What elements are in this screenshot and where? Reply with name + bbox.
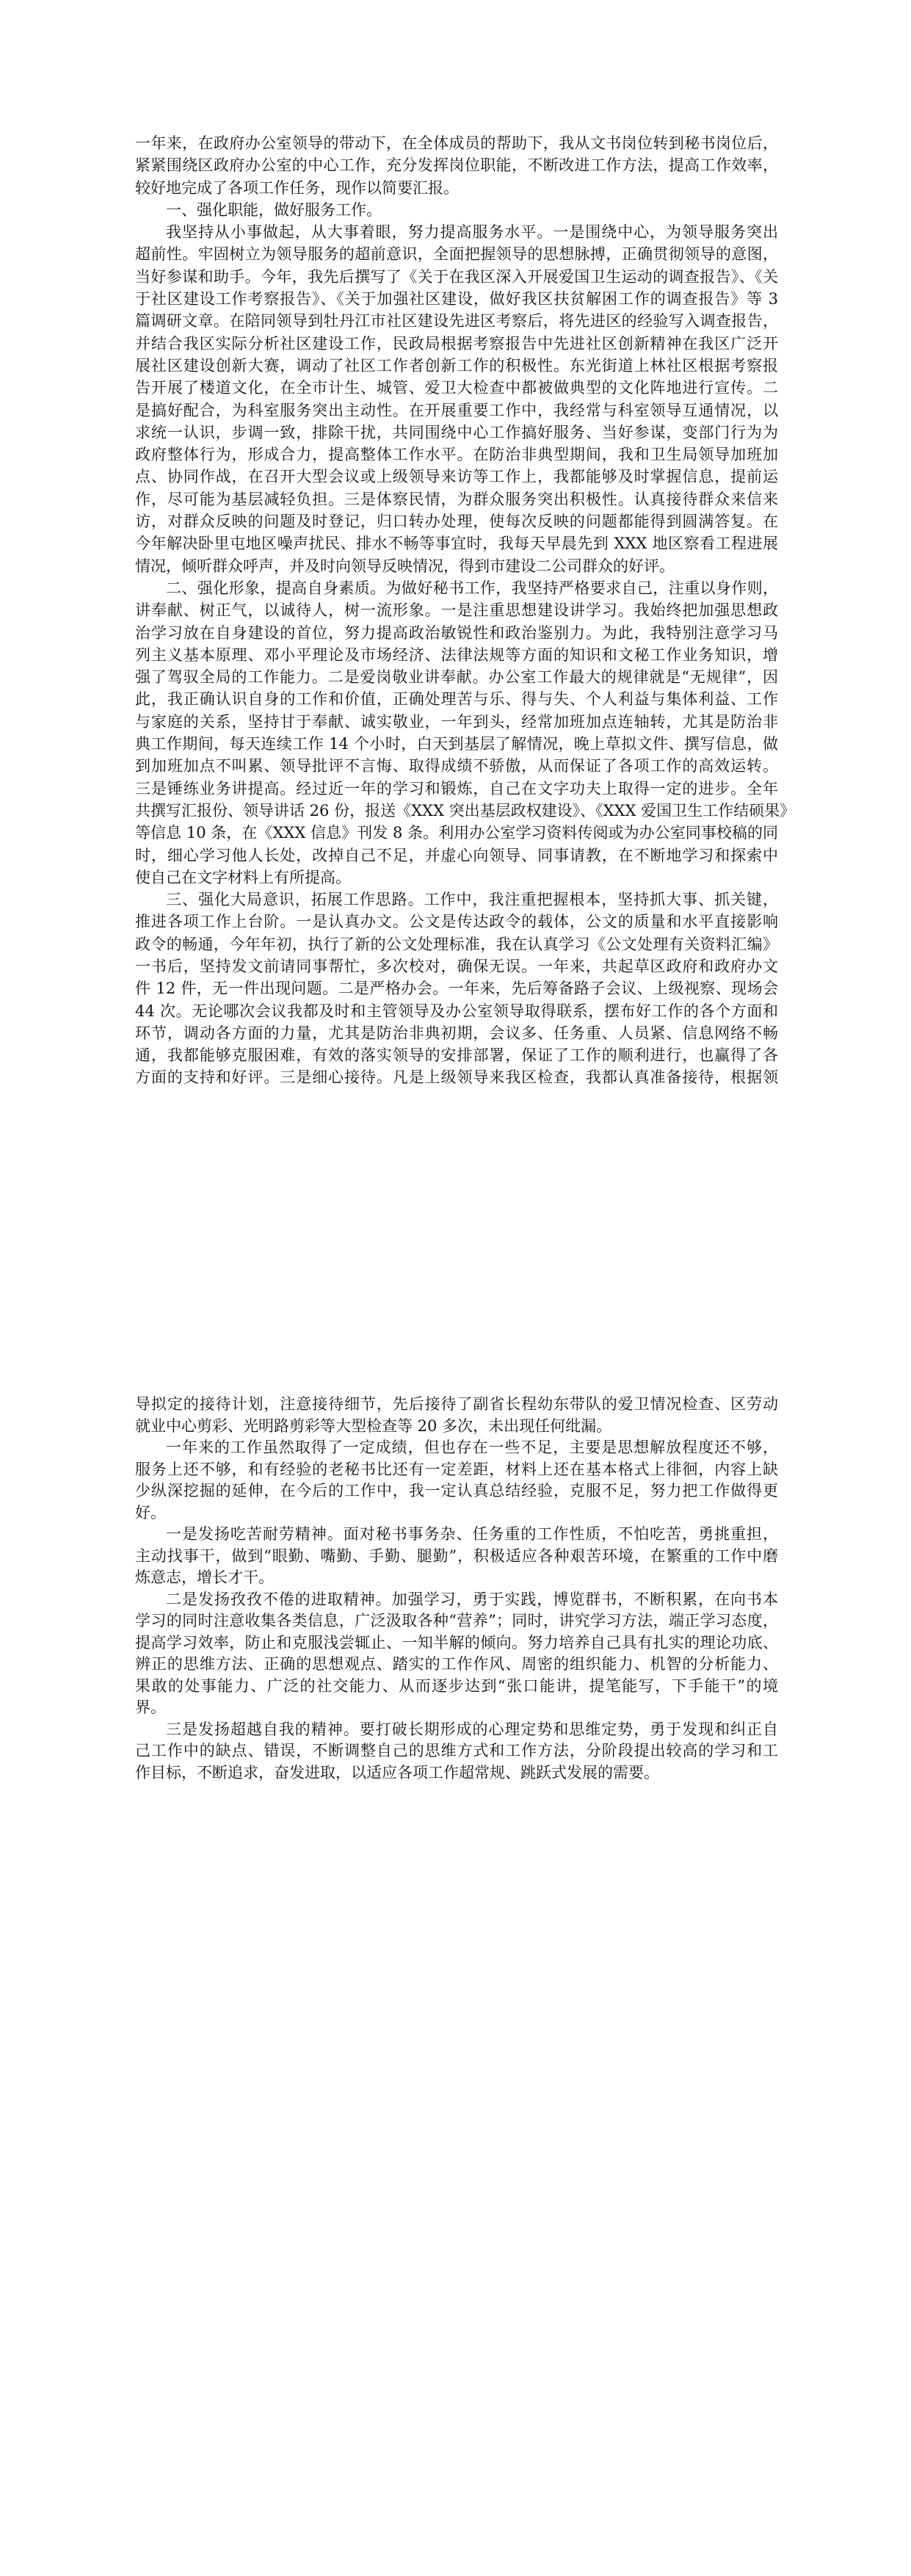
- text-line: 服务上还不够，和有经验的老秘书比还有一定差距，材料上还在基本格式上徘徊，内容上缺: [135, 1459, 778, 1481]
- paragraph-first-line: 我坚持从小事做起，从大事着眼，努力提高服务水平。一是围绕中心，为领导服务突出: [135, 221, 778, 243]
- text-line: 求统一认识，步调一致，排除干扰，共同围绕中心工作搞好服务、当好参谋，变部门行为为: [135, 422, 778, 444]
- paragraph-first-line: 三是发扬超越自我的精神。要打破长期形成的心理定势和思维定势，勇于发现和纠正自: [135, 1719, 778, 1741]
- text-line: 治学习放在自身建设的首位，努力提高政治敏锐性和政治鉴别力。为此，我特别注意学习马: [135, 622, 778, 644]
- document-page-2-body: 导拟定的接待计划，注意接待细节，先后接待了副省长程幼东带队的爱卫情况检查、区劳动…: [135, 1394, 778, 1784]
- text-line: 主动找事干，做到“眼勤、嘴勤、手勤、腿勤”，积极适应各种艰苦环境，在繁重的工作中…: [135, 1546, 778, 1568]
- text-line: 就业中心剪彩、光明路剪彩等大型检查等 20 多次，未出现任何纰漏。: [135, 1416, 778, 1438]
- text-line: 一书后，坚持发文前请同事帮忙，多次校对，确保无误。一年来，共起草区政府和政府办文: [135, 955, 778, 977]
- text-line: 篇调研文章。在陪同领导到牡丹江市社区建设先进区考察后，将先进区的经验写入调查报告…: [135, 310, 778, 332]
- text-line: 作，尽可能为基层减轻负担。三是体察民情，为群众服务突出积极性。认真接待群众来信来: [135, 488, 778, 510]
- text-line: 政令的畅通，今年年初，执行了新的公文处理标准，我在认真学习《公文处理有关资料汇编…: [135, 933, 778, 955]
- document-page-1-body: 一年来，在政府办公室领导的带动下，在全体成员的帮助下，我从文书岗位转到秘书岗位后…: [135, 132, 778, 1089]
- text-line: 辨正的思维方法、正确的思想观点、踏实的工作作风、周密的组织能力、机智的分析能力、: [135, 1654, 778, 1676]
- text-line: 列主义基本原理、邓小平理论及市场经济、法律法规等方面的知识和文秘工作业务知识，增: [135, 644, 778, 666]
- text-line: 通，我都能够克服困难，有效的落实领导的安排部署，保证了工作的顺利进行，也赢得了各: [135, 1044, 778, 1066]
- text-line: 紧紧围绕区政府办公室的中心工作，充分发挥岗位职能，不断改进工作方法，提高工作效率…: [135, 154, 778, 176]
- text-line: 己工作中的缺点、错误，不断调整自己的思维方式和工作方法，分阶段提出较高的学习和工: [135, 1740, 778, 1762]
- text-line: 典工作期间，每天连续工作 14 个小时，白天到基层了解情况，晚上草拟文件、撰写信…: [135, 733, 778, 755]
- paragraph-first-line: 一是发扬吃苦耐劳精神。面对秘书事务杂、任务重的工作性质，不怕吃苦，勇挑重担，: [135, 1524, 778, 1546]
- text-line: 点、协同作战，在召开大型会议或上级领导来访等工作上，我都能够及时掌握信息，提前运: [135, 466, 778, 488]
- text-line: 时，细心学习他人长处，改掉自己不足，并虚心向领导、同事请教，在不断地学习和探索中: [135, 844, 778, 866]
- text-line: 方面的支持和好评。三是细心接待。凡是上级领导来我区检查，我都认真准备接待，根据领: [135, 1066, 778, 1088]
- text-line: 学习的同时注意收集各类信息，广泛汲取各种“营养”；同时，讲究学习方法，端正学习态…: [135, 1610, 778, 1632]
- text-line: 此，我正确认识自身的工作和价值，正确处理苦与乐、得与失、个人利益与集体利益、工作: [135, 688, 778, 710]
- text-line: 件 12 件，无一件出现问题。二是严格办会。一年来，先后筹备路子会议、上级视察、…: [135, 977, 778, 999]
- paragraph-first-line: 二、强化形象，提高自身素质。为做好秘书工作，我坚持严格要求自己，注重以身作则，: [135, 577, 778, 599]
- text-line: 是搞好配合，为科室服务突出主动性。在开展重要工作中，我经常与科室领导互通情况，以: [135, 399, 778, 422]
- text-line: 等信息 10 条，在《XXX 信息》刊发 8 条。利用办公室学习资料传阅或为办公…: [135, 822, 778, 844]
- text-line: 强了驾驭全局的工作能力。二是爱岗敬业讲奉献。办公室工作最大的规律就是“无规律”，…: [135, 666, 778, 688]
- text-line: 与家庭的关系，坚持甘于奉献、诚实敬业，一年到头，经常加班加点连轴转，尤其是防治非: [135, 711, 778, 733]
- text-line: 于社区建设工作考察报告》、《关于加强社区建设，做好我区扶贫解困工作的调查报告》等…: [135, 288, 778, 310]
- paragraph-first-line: 二是发扬孜孜不倦的进取精神。加强学习，勇于实践，博览群书，不断积累，在向书本: [135, 1589, 778, 1611]
- text-line: 炼意志，增长才干。: [135, 1567, 778, 1589]
- text-line: 44 次。无论哪次会议我都及时和主管领导及办公室领导取得联系，摆布好工作的各个方…: [135, 1000, 778, 1022]
- text-line: 讲奉献、树正气，以诚待人，树一流形象。一是注重思想建设讲学习。我始终把加强思想政: [135, 599, 778, 621]
- paragraph-first-line: 一、强化职能，做好服务工作。: [135, 199, 778, 221]
- text-line: 展社区建设创新大赛，调动了社区工作者创新工作的积极性。东光街道上林社区根据考察报: [135, 355, 778, 377]
- text-line: 当好参谋和助手。今年，我先后撰写了《关于在我区深入开展爱国卫生运动的调查报告》、…: [135, 266, 778, 288]
- text-line: 好。: [135, 1502, 778, 1524]
- text-line: 情况，倾听群众呼声，并及时向领导反映情况，得到市建设二公司群众的好评。: [135, 555, 778, 577]
- text-line: 导拟定的接待计划，注意接待细节，先后接待了副省长程幼东带队的爱卫情况检查、区劳动: [135, 1394, 778, 1416]
- paragraph-first-line: 一年来的工作虽然取得了一定成绩，但也存在一些不足，主要是思想解放程度还不够，: [135, 1437, 778, 1459]
- text-line: 访，对群众反映的问题及时登记，归口转办处理，使每次反映的问题都能得到圆满答复。在: [135, 510, 778, 532]
- paragraph-first-line: 三、强化大局意识，拓展工作思路。工作中，我注重把握根本，坚持抓大事、抓关键，: [135, 889, 778, 911]
- text-line: 作目标，不断追求，奋发进取，以适应各项工作超常规、跳跃式发展的需要。: [135, 1762, 778, 1784]
- text-line: 并结合我区实际分析社区建设工作，民政局根据考察报告中先进社区创新精神在我区广泛开: [135, 333, 778, 355]
- text-line: 少纵深挖掘的延伸，在今后的工作中，我一定认真总结经验，克服不足，努力把工作做得更: [135, 1480, 778, 1502]
- text-line: 到加班加点不叫累、领导批评不言悔、取得成绩不骄傲，从而保证了各项工作的高效运转。: [135, 755, 778, 777]
- text-line: 环节，调动各方面的力量，尤其是防治非典初期，会议多、任务重、人员紧、信息网络不畅: [135, 1022, 778, 1044]
- text-line: 超前性。牢固树立为领导服务的超前意识，全面把握领导的思想脉搏，正确贯彻领导的意图…: [135, 243, 778, 265]
- text-line: 较好地完成了各项工作任务，现作以简要汇报。: [135, 177, 778, 199]
- text-line: 一年来，在政府办公室领导的带动下，在全体成员的帮助下，我从文书岗位转到秘书岗位后…: [135, 132, 778, 154]
- text-line: 告开展了楼道文化，在全市计生、城管、爱卫大检查中都被做典型的文化阵地进行宣传。二: [135, 377, 778, 399]
- text-line: 共撰写汇报份、领导讲话 26 份，报送《XXX 突出基层政权建设》、《XXX 爱…: [135, 800, 778, 822]
- text-line: 政府整体行为，形成合力，提高整体工作水平。在防治非典型期间，我和卫生局领导加班加: [135, 444, 778, 466]
- text-line: 三是锤练业务讲提高。经过近一年的学习和锻炼，自己在文字功夫上取得一定的进步。全年: [135, 778, 778, 800]
- text-line: 今年解决卧里屯地区噪声扰民、排水不畅等事宜时，我每天早晨先到 XXX 地区察看工…: [135, 532, 778, 554]
- text-line: 使自己在文字材料上有所提高。: [135, 866, 778, 889]
- text-line: 提高学习效率，防止和克服浅尝辄止、一知半解的倾向。努力培养自己具有扎实的理论功底…: [135, 1632, 778, 1654]
- text-line: 界。: [135, 1697, 778, 1719]
- text-line: 推进各项工作上台阶。一是认真办文。公文是传达政令的载体，公文的质量和水平直接影响: [135, 911, 778, 933]
- text-line: 果敢的处事能力、广泛的社交能力、从而逐步达到“张口能讲，提笔能写，下手能干”的境: [135, 1676, 778, 1698]
